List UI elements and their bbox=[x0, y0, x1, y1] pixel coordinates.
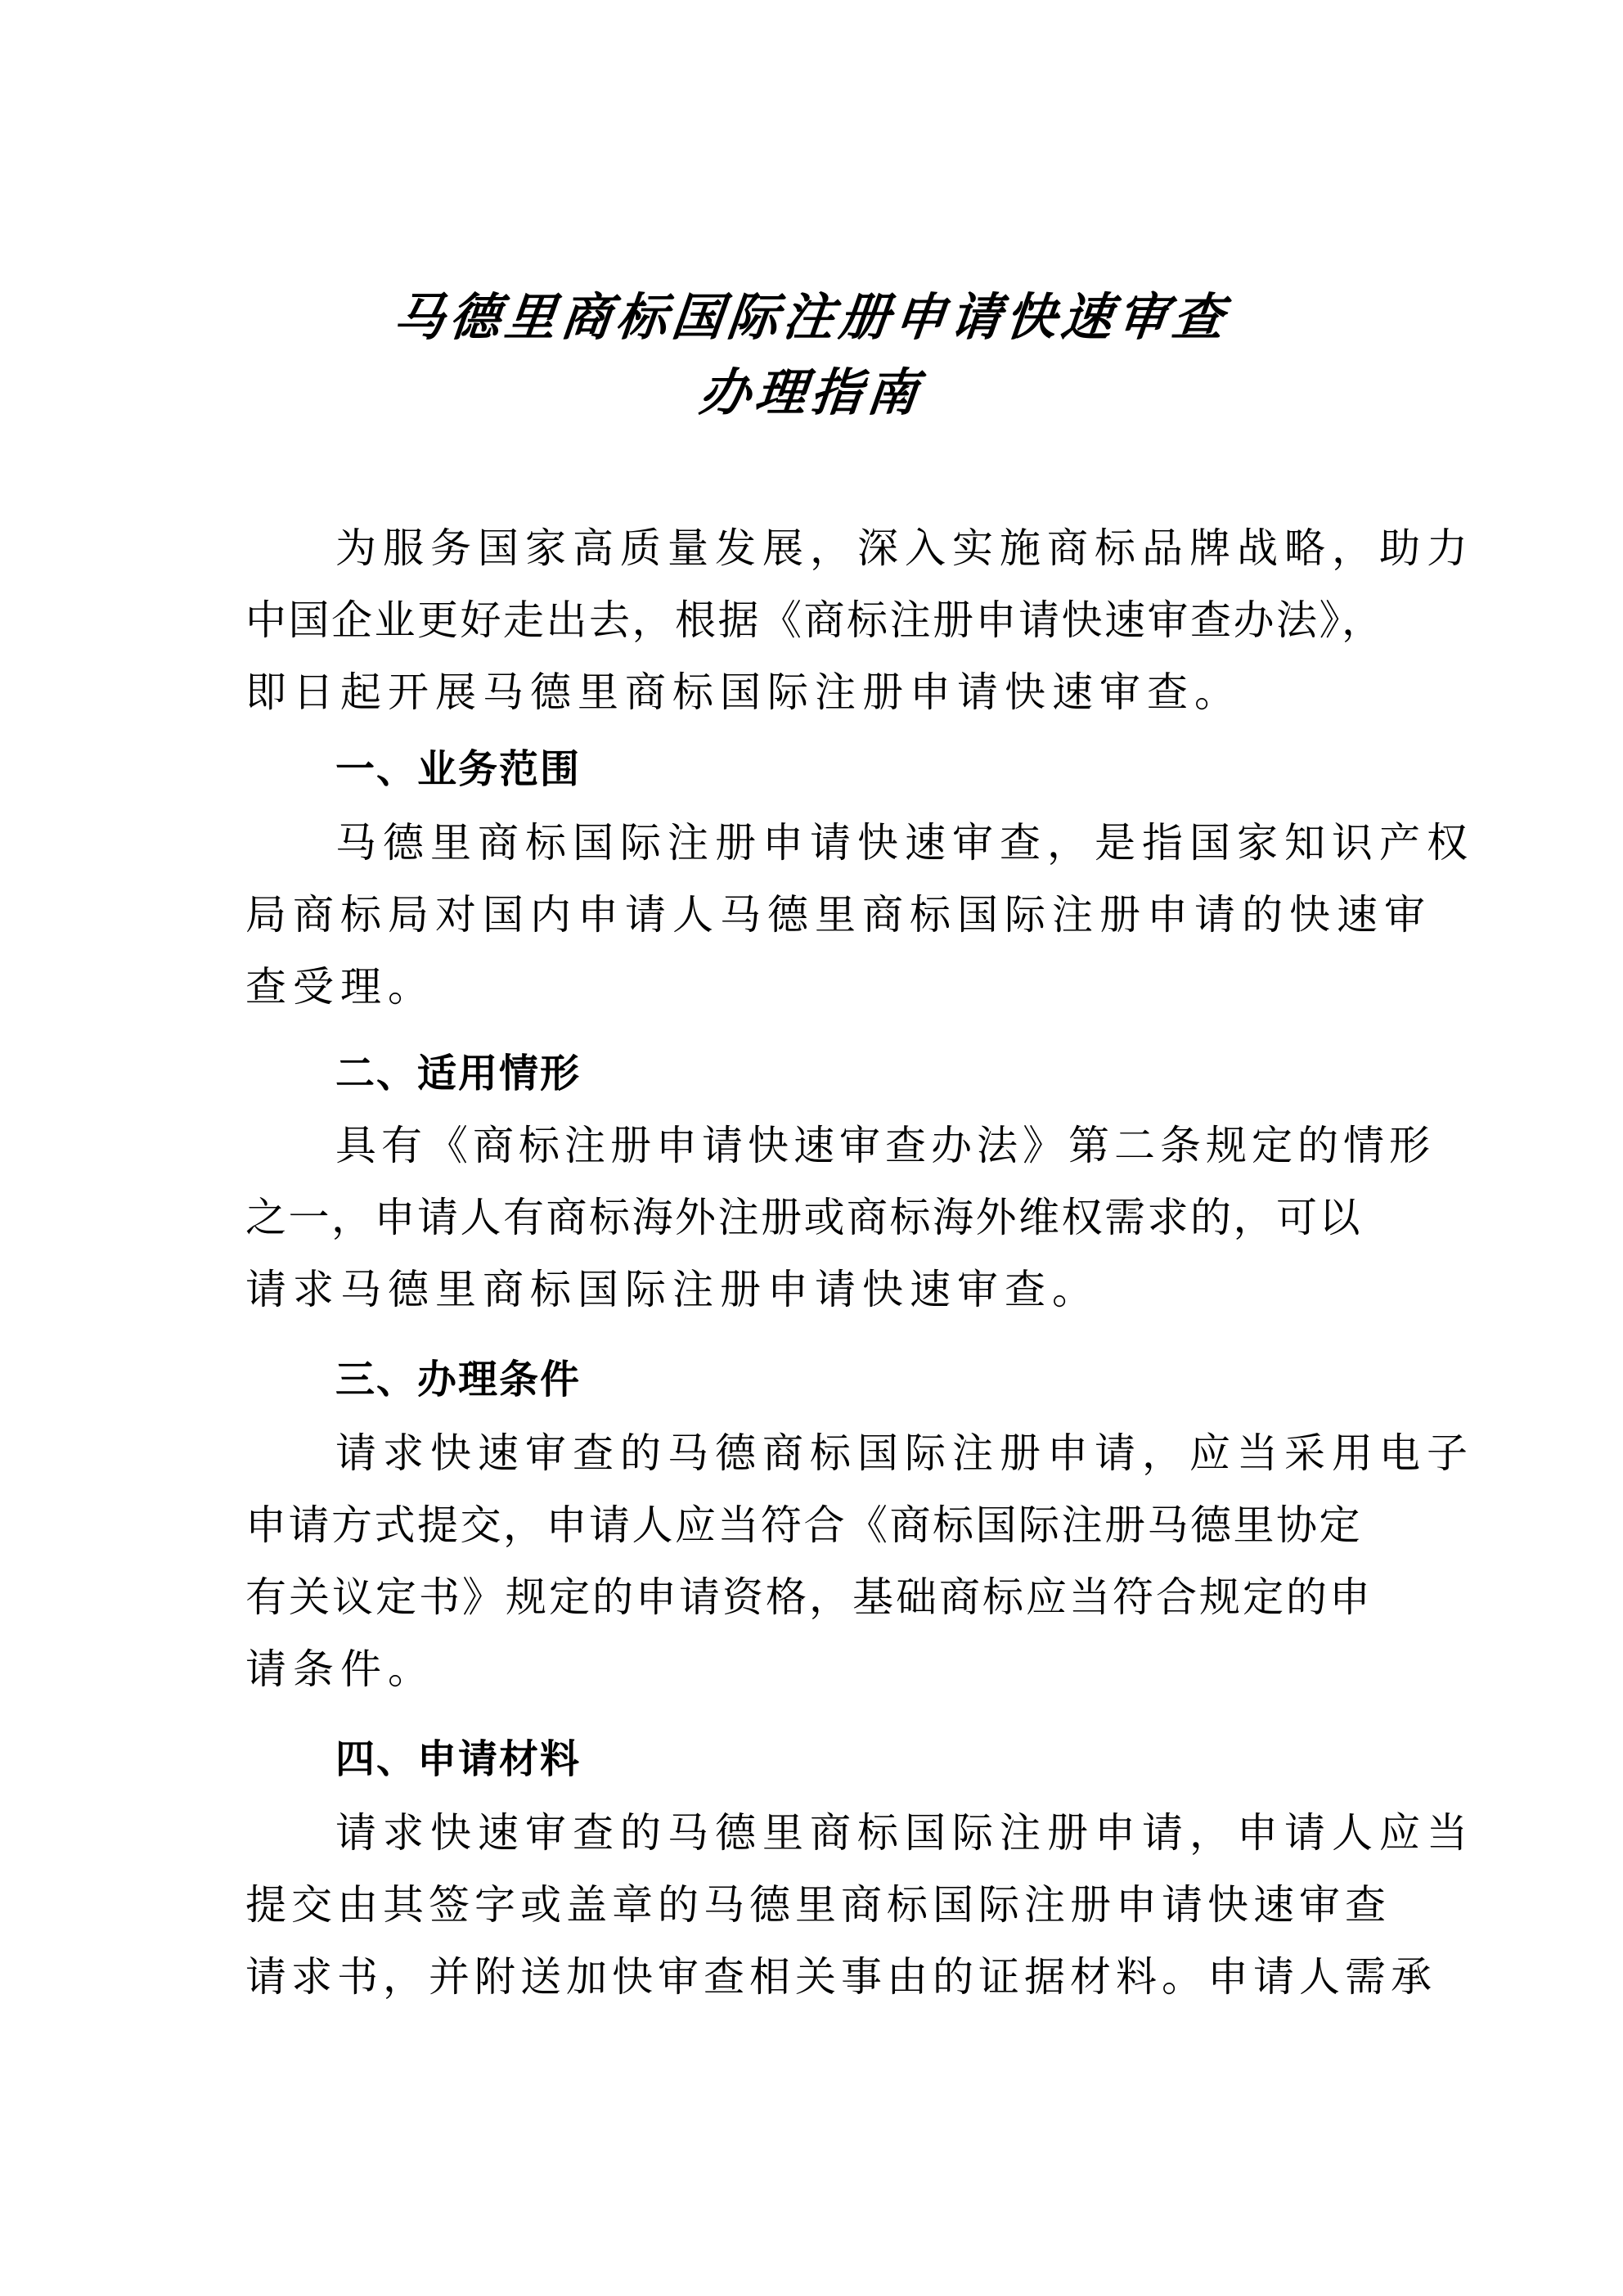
section-heading-materials: 四、申请材料 bbox=[335, 1735, 581, 1784]
section-paragraph-line: 请条件。 bbox=[245, 1645, 1391, 1694]
section-paragraph-line: 请求书，并附送加快审查相关事由的证据材料。申请人需承 bbox=[245, 1952, 1391, 2001]
document-title-line-1: 马德里商标国际注册申请快速审查 bbox=[0, 277, 1623, 349]
section-paragraph-line: 请求快速审查的马德里商标国际注册申请，申请人应当 bbox=[335, 1808, 1391, 1857]
section-paragraph-line: 之一，申请人有商标海外注册或商标海外维权需求的，可以 bbox=[245, 1193, 1391, 1242]
section-heading-scope: 一、业务范围 bbox=[335, 745, 581, 794]
section-paragraph-line: 申请方式提交，申请人应当符合《商标国际注册马德里协定 bbox=[245, 1501, 1391, 1550]
intro-paragraph-line: 为服务国家高质量发展，深入实施商标品牌战略，助力 bbox=[335, 524, 1391, 573]
section-heading-applicability: 二、适用情形 bbox=[335, 1049, 581, 1098]
section-paragraph-line: 请求马德里商标国际注册申请快速审查。 bbox=[245, 1265, 1391, 1314]
document-title-line-2: 办理指南 bbox=[0, 352, 1623, 425]
section-paragraph-line: 查受理。 bbox=[245, 962, 1391, 1011]
section-heading-conditions: 三、办理条件 bbox=[335, 1355, 581, 1404]
intro-paragraph-line: 即日起开展马德里商标国际注册申请快速审查。 bbox=[245, 668, 1391, 717]
section-paragraph-line: 提交由其签字或盖章的马德里商标国际注册申请快速审查 bbox=[245, 1880, 1391, 1929]
section-paragraph-line: 请求快速审查的马德商标国际注册申请，应当采用电子 bbox=[335, 1429, 1391, 1478]
section-paragraph-line: 有关议定书》规定的申请资格，基础商标应当符合规定的申 bbox=[245, 1573, 1391, 1622]
section-paragraph-line: 局商标局对国内申请人马德里商标国际注册申请的快速审 bbox=[245, 890, 1391, 939]
intro-paragraph-line: 中国企业更好走出去，根据《商标注册申请快速审查办法》， bbox=[245, 596, 1391, 645]
section-paragraph-line: 具有《商标注册申请快速审查办法》第二条规定的情形 bbox=[335, 1121, 1391, 1170]
document-page: 马德里商标国际注册申请快速审查 办理指南 为服务国家高质量发展，深入实施商标品牌… bbox=[0, 0, 1623, 2296]
section-paragraph-line: 马德里商标国际注册申请快速审查，是指国家知识产权 bbox=[335, 818, 1391, 867]
